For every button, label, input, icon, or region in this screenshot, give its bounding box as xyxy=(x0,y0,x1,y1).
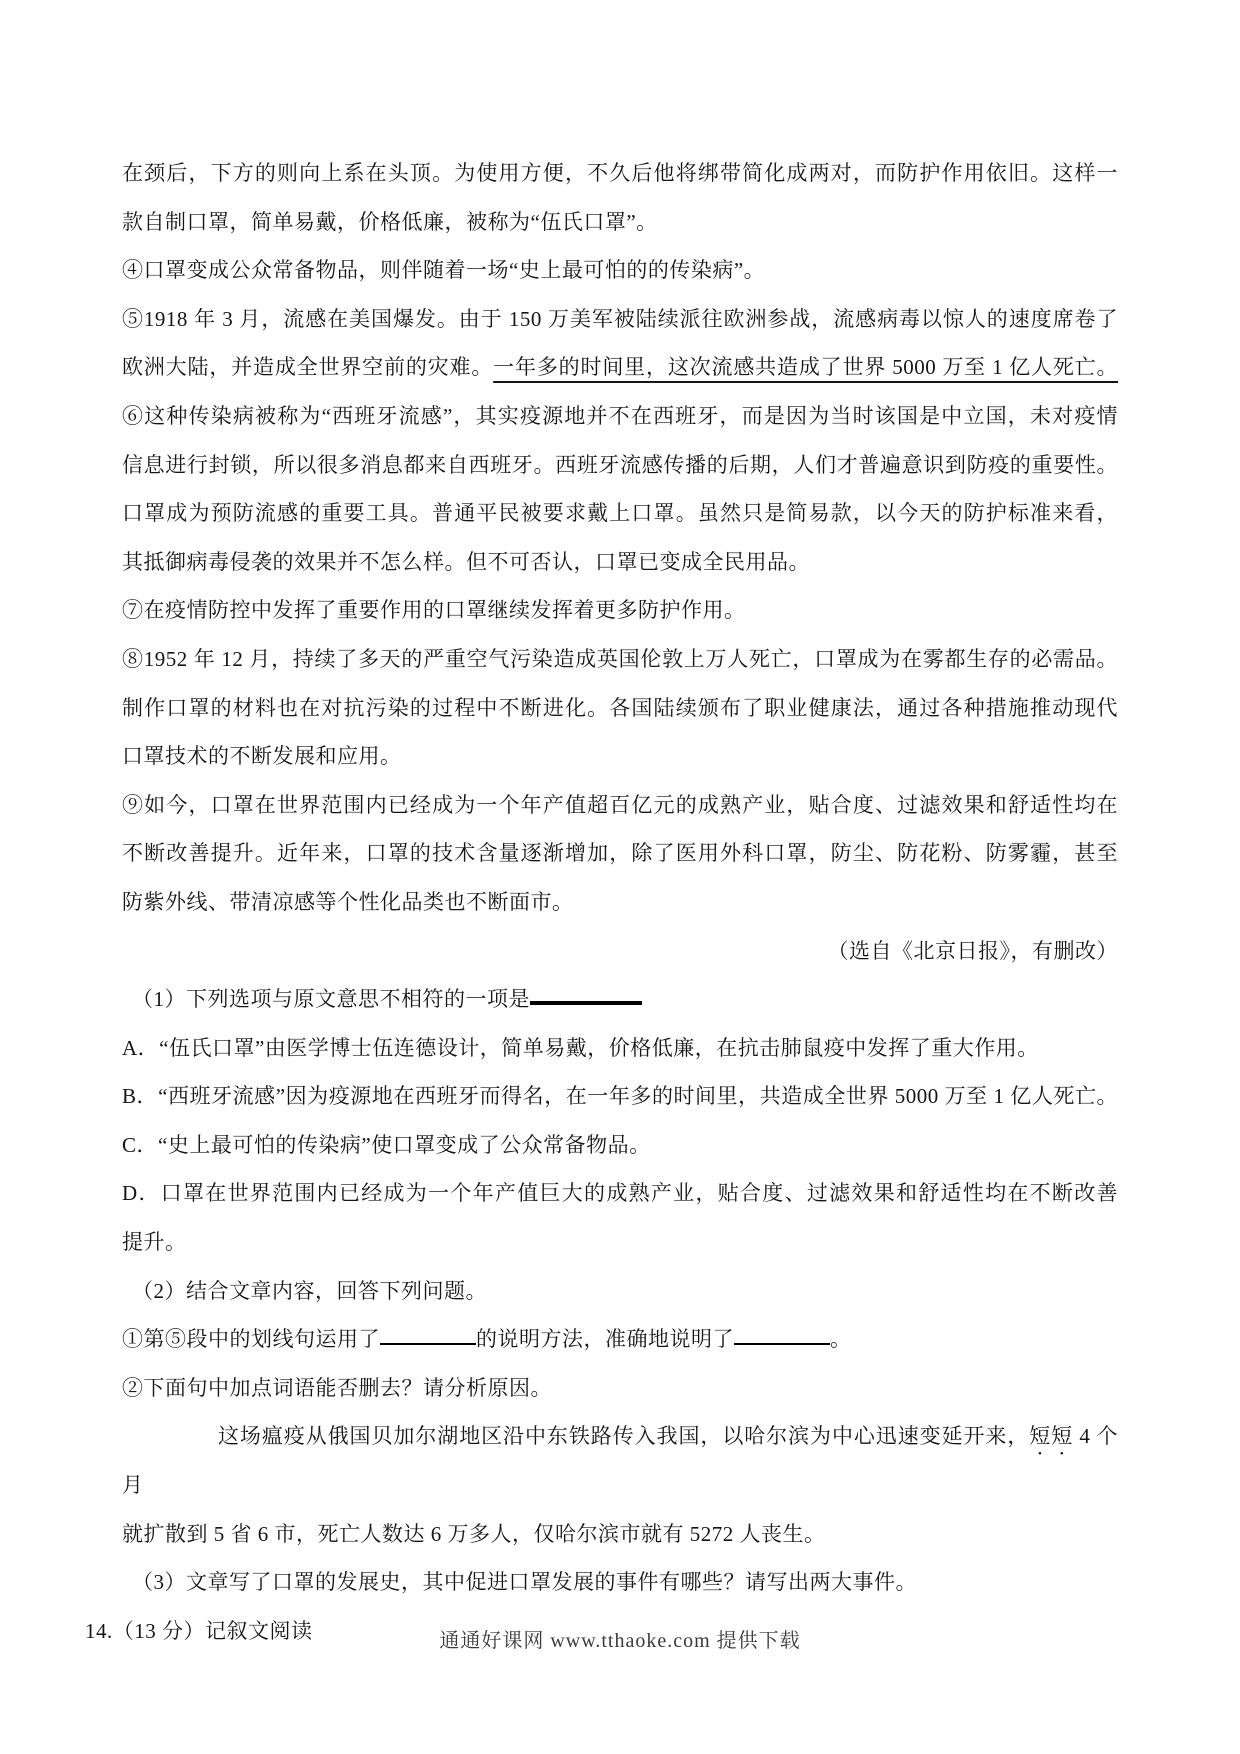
q2-sub1-mid: 的说明方法，准确地说明了 xyxy=(476,1327,734,1351)
article-line-10-para7: ⑦在疫情防控中发挥了重要作用的口罩继续发挥着更多防护作用。 xyxy=(122,586,1118,635)
quoted-sentence-line1: 这场瘟疫从俄国贝加尔湖地区沿中东铁路传入我国，以哈尔滨为中心迅速变延开来，短短 … xyxy=(122,1412,1118,1509)
option-d-line1: D．口罩在世界范围内已经成为一个年产值巨大的成熟产业，贴合度、过滤效果和舒适性均… xyxy=(122,1169,1118,1218)
option-a: A．“伍氏口罩”由医学博士伍连德设计，简单易戴，价格低廉，在抗击肺鼠疫中发挥了重… xyxy=(122,1024,1118,1073)
question-1-text: （1）下列选项与原文意思不相符的一项是 xyxy=(132,987,530,1011)
quote-text: 这场瘟疫从俄国贝加尔湖地区沿中东铁路传入我国，以哈尔滨为中心迅速变延开来， xyxy=(218,1424,1029,1448)
article-line-2: 款自制口罩，简单易戴，价格低廉，被称为“伍氏口罩”。 xyxy=(122,198,1118,247)
article-line-11-para8: ⑧1952 年 12 月，持续了多天的严重空气污染造成英国伦敦上万人死亡，口罩成… xyxy=(122,635,1118,684)
underlined-sentence: 一年多的时间里，这次流感共造成了世界 5000 万至 1 亿人死亡。 xyxy=(493,355,1118,379)
question-1-stem: （1）下列选项与原文意思不相符的一项是 xyxy=(122,975,1118,1024)
article-line-9: 其抵御病毒侵袭的效果并不怎么样。但不可否认，口罩已变成全民用品。 xyxy=(122,538,1118,587)
article-line-12: 制作口罩的材料也在对抗污染的过程中不断进化。各国陆续颁布了职业健康法，通过各种措… xyxy=(122,684,1118,733)
emphasized-word: 短短 xyxy=(1029,1424,1073,1448)
article-text: 欧洲大陆，并造成全世界空前的灾难。 xyxy=(122,355,493,379)
answer-blank-explain xyxy=(734,1343,830,1345)
site-footer: 通通好课网 www.tthaoke.com 提供下载 xyxy=(0,1624,1240,1653)
q2-sub1-pre: ①第⑤段中的划线句运用了 xyxy=(122,1327,380,1351)
quoted-sentence-line2: 就扩散到 5 省 6 市，死亡人数达 6 万多人，仅哈尔滨市就有 5272 人丧… xyxy=(122,1510,1118,1559)
option-b: B．“西班牙流感”因为疫源地在西班牙而得名，在一年多的时间里，共造成全世界 50… xyxy=(122,1072,1118,1121)
answer-blank-q1 xyxy=(530,1001,642,1005)
article-line-15: 不断改善提升。近年来，口罩的技术含量逐渐增加，除了医用外科口罩，防尘、防花粉、防… xyxy=(122,829,1118,878)
option-c: C．“史上最可怕的传染病”使口罩变成了公众常备物品。 xyxy=(122,1121,1118,1170)
article-line-13: 口罩技术的不断发展和应用。 xyxy=(122,732,1118,781)
question-2-stem: （2）结合文章内容，回答下列问题。 xyxy=(122,1267,1118,1316)
exam-page-body: 在颈后，下方的则向上系在头顶。为使用方便，不久后他将绑带简化成两对，而防护作用依… xyxy=(122,149,1118,1655)
question-3-stem: （3）文章写了口罩的发展史，其中促进口罩发展的事件有哪些？请写出两大事件。 xyxy=(122,1558,1118,1607)
article-line-7: 信息进行封锁，所以很多消息都来自西班牙。西班牙流感传播的后期，人们才普遍意识到防… xyxy=(122,441,1118,490)
article-line-3-para4: ④口罩变成公众常备物品，则伴随着一场“史上最可怕的的传染病”。 xyxy=(122,246,1118,295)
option-d-line2: 提升。 xyxy=(122,1218,1118,1267)
article-line-1: 在颈后，下方的则向上系在头顶。为使用方便，不久后他将绑带简化成两对，而防护作用依… xyxy=(122,149,1118,198)
answer-blank-method xyxy=(380,1343,476,1345)
q2-sub1-end: 。 xyxy=(830,1327,852,1351)
article-line-8: 口罩成为预防流感的重要工具。普通平民被要求戴上口罩。虽然只是简易款，以今天的防护… xyxy=(122,489,1118,538)
question-2-sub1: ①第⑤段中的划线句运用了的说明方法，准确地说明了。 xyxy=(122,1315,1118,1364)
article-line-4-para5: ⑤1918 年 3 月，流感在美国爆发。由于 150 万美军被陆续派往欧洲参战，… xyxy=(122,295,1118,344)
article-line-6-para6: ⑥这种传染病被称为“西班牙流感”，其实疫源地并不在西班牙，而是因为当时该国是中立… xyxy=(122,392,1118,441)
article-line-14-para9: ⑨如今，口罩在世界范围内已经成为一个年产值超百亿元的成熟产业，贴合度、过滤效果和… xyxy=(122,781,1118,830)
question-2-sub2: ②下面句中加点词语能否删去？请分析原因。 xyxy=(122,1364,1118,1413)
article-line-16: 防紫外线、带清凉感等个性化品类也不断面市。 xyxy=(122,878,1118,927)
source-attribution: （选自《北京日报》，有删改） xyxy=(122,927,1118,976)
article-line-5: 欧洲大陆，并造成全世界空前的灾难。一年多的时间里，这次流感共造成了世界 5000… xyxy=(122,343,1118,392)
